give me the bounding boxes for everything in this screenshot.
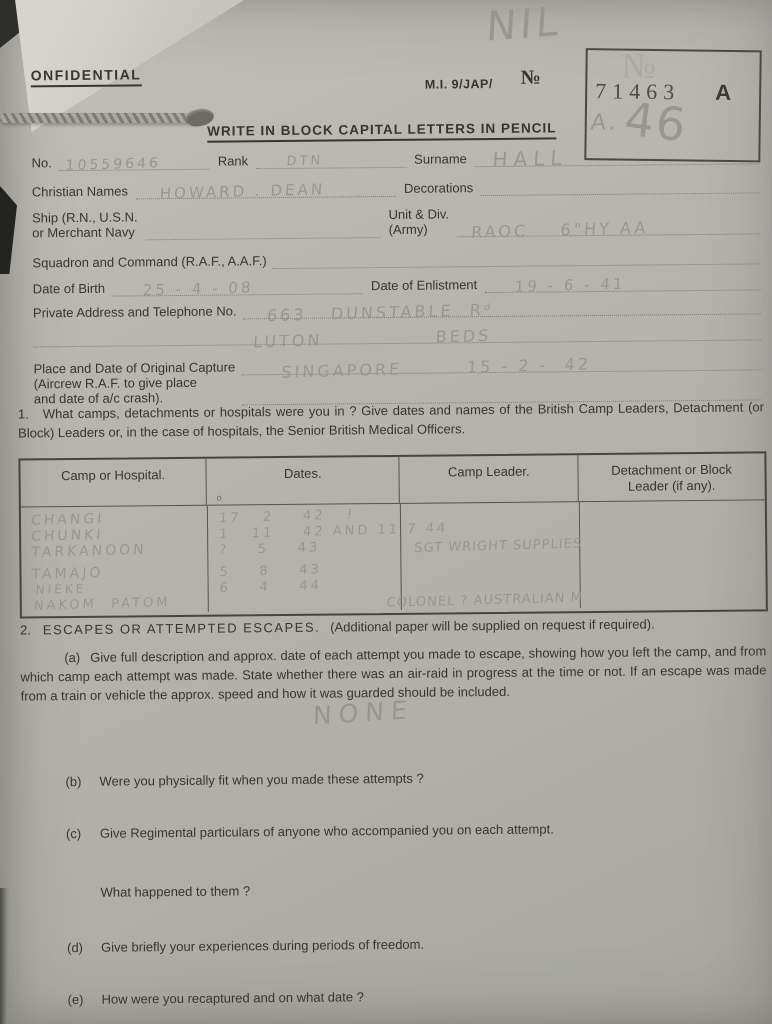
unit-line: RAOC 6"HY AA — [457, 218, 760, 237]
registration-stamp-box: 71463 A № A. 46 — [584, 48, 761, 162]
q2e-text: How were you recaptured and on what date… — [102, 989, 364, 1007]
handwritten-none-answer: NONE — [312, 697, 414, 728]
ship-label-line2: or Merchant Navy — [32, 225, 138, 241]
handwritten-nil: NIL — [485, 1, 563, 47]
christian-names-line: HOWARD . DEAN — [136, 181, 396, 199]
camp-leader: SGT WRIGHT SUPPLIES — [400, 538, 580, 559]
binding-string — [0, 113, 200, 123]
q2-heading: ESCAPES OR ATTEMPTED ESCAPES. — [43, 620, 320, 638]
q2a-label: (a) — [64, 650, 80, 665]
ship-line — [146, 222, 381, 240]
q2b-text: Were you physically fit when you made th… — [99, 771, 423, 789]
address-label: Private Address and Telephone No. — [33, 305, 237, 322]
scanned-form-page: ONFIDENTIAL M.I. 9/JAP/ № NIL 71463 A № … — [0, 0, 772, 1024]
handwritten-number-46: 46 — [622, 96, 690, 149]
no-label: No. — [31, 156, 51, 171]
dob-value: 25 - 4 - 08 — [143, 280, 255, 298]
q2-number: 2. — [20, 622, 31, 637]
ghost-stamp-text: № — [621, 45, 656, 87]
q2d-label: (d) — [67, 940, 101, 955]
scanner-edge-shadow-bottom — [0, 888, 9, 1024]
surname-line: HALL — [475, 148, 760, 167]
dates-header-mark: o — [217, 493, 222, 503]
unit-label-line2: (Army) — [389, 222, 450, 238]
confidential-marking: ONFIDENTIAL — [31, 66, 142, 87]
enlistment-label: Date of Enlistment — [371, 278, 477, 294]
camp-name: NAKOM PATOM — [21, 595, 208, 616]
number-symbol: № — [521, 67, 541, 90]
q1-text: What camps, detachments or hospitals wer… — [18, 399, 764, 440]
unit-value: RAOC 6"HY AA — [471, 220, 649, 241]
q2-note: (Additional paper will be supplied on re… — [330, 616, 655, 634]
enlistment-value: 19 - 6 - 41 — [515, 277, 627, 295]
rank-line: DTN — [256, 152, 406, 169]
col-dates: Dates. — [206, 457, 400, 505]
form-reference: M.I. 9/JAP/ — [425, 77, 493, 92]
q2a-text: Give full description and approx. date o… — [20, 643, 766, 703]
rank-label: Rank — [218, 154, 249, 169]
capture-value: SINGAPORE 15 - 2 - 42 — [281, 356, 592, 380]
camp-dates: ? 5 43 — [207, 539, 402, 560]
q2d-text: Give briefly your experiences during per… — [101, 937, 424, 955]
decorations-line — [481, 177, 760, 196]
dob-line: 25 - 4 - 08 — [113, 278, 363, 296]
col-detachment-leader: Detachment or Block Leader (if any). — [578, 453, 764, 501]
col-camp-leader: Camp Leader. — [400, 455, 579, 503]
no-line: 10559646 — [60, 154, 210, 171]
camp-leader: COLONEL ? AUSTRALIAN M — [387, 591, 581, 612]
rank-value: DTN — [286, 154, 324, 168]
christian-names-label: Christian Names — [32, 185, 128, 201]
handwritten-section-letter: A. — [590, 112, 620, 134]
q2c-label: (c) — [66, 826, 100, 841]
q2e-label: (e) — [68, 992, 102, 1007]
block-capitals-instruction: WRITE IN BLOCK CAPITAL LETTERS IN PENCIL — [207, 120, 556, 142]
address-value-line1: 663 DUNSTABLE Rᵈ — [266, 302, 493, 324]
dob-label: Date of Birth — [33, 282, 105, 298]
stamp-letter: A — [715, 80, 731, 106]
squadron-line — [273, 248, 761, 269]
camps-table-header: Camp or Hospital. Dates. Camp Leader. De… — [20, 453, 764, 507]
q1-number: 1. — [18, 406, 29, 421]
q2b-label: (b) — [65, 774, 99, 789]
col-camp-or-hospital: Camp or Hospital. — [20, 459, 206, 507]
camps-table-body: CHANGI 17 2 42 ! CHUNKI 1 11 42 AND 11 7… — [21, 500, 766, 613]
decorations-label: Decorations — [404, 181, 474, 197]
surname-value: HALL — [492, 148, 568, 170]
enlistment-line: 19 - 6 - 41 — [485, 274, 761, 293]
q2c-text: Give Regimental particulars of anyone wh… — [100, 821, 554, 840]
camps-table: Camp or Hospital. Dates. Camp Leader. De… — [18, 451, 768, 618]
capture-line1: SINGAPORE 15 - 2 - 42 — [241, 354, 762, 375]
camp-name: TARKANOON — [21, 541, 208, 562]
address-line1: 663 DUNSTABLE Rᵈ — [242, 298, 761, 319]
scanner-edge-shadow — [0, 186, 17, 274]
squadron-label: Squadron and Command (R.A.F., A.A.F.) — [32, 254, 266, 271]
surname-label: Surname — [414, 152, 467, 167]
service-number-value: 10559646 — [65, 156, 161, 173]
address-line2: LUTON BEDS — [33, 324, 761, 347]
christian-names-value: HOWARD . DEAN — [159, 182, 325, 201]
unit-label-line1: Unit & Div. — [388, 207, 449, 223]
q2c-followup: What happened to them ? — [100, 883, 250, 899]
